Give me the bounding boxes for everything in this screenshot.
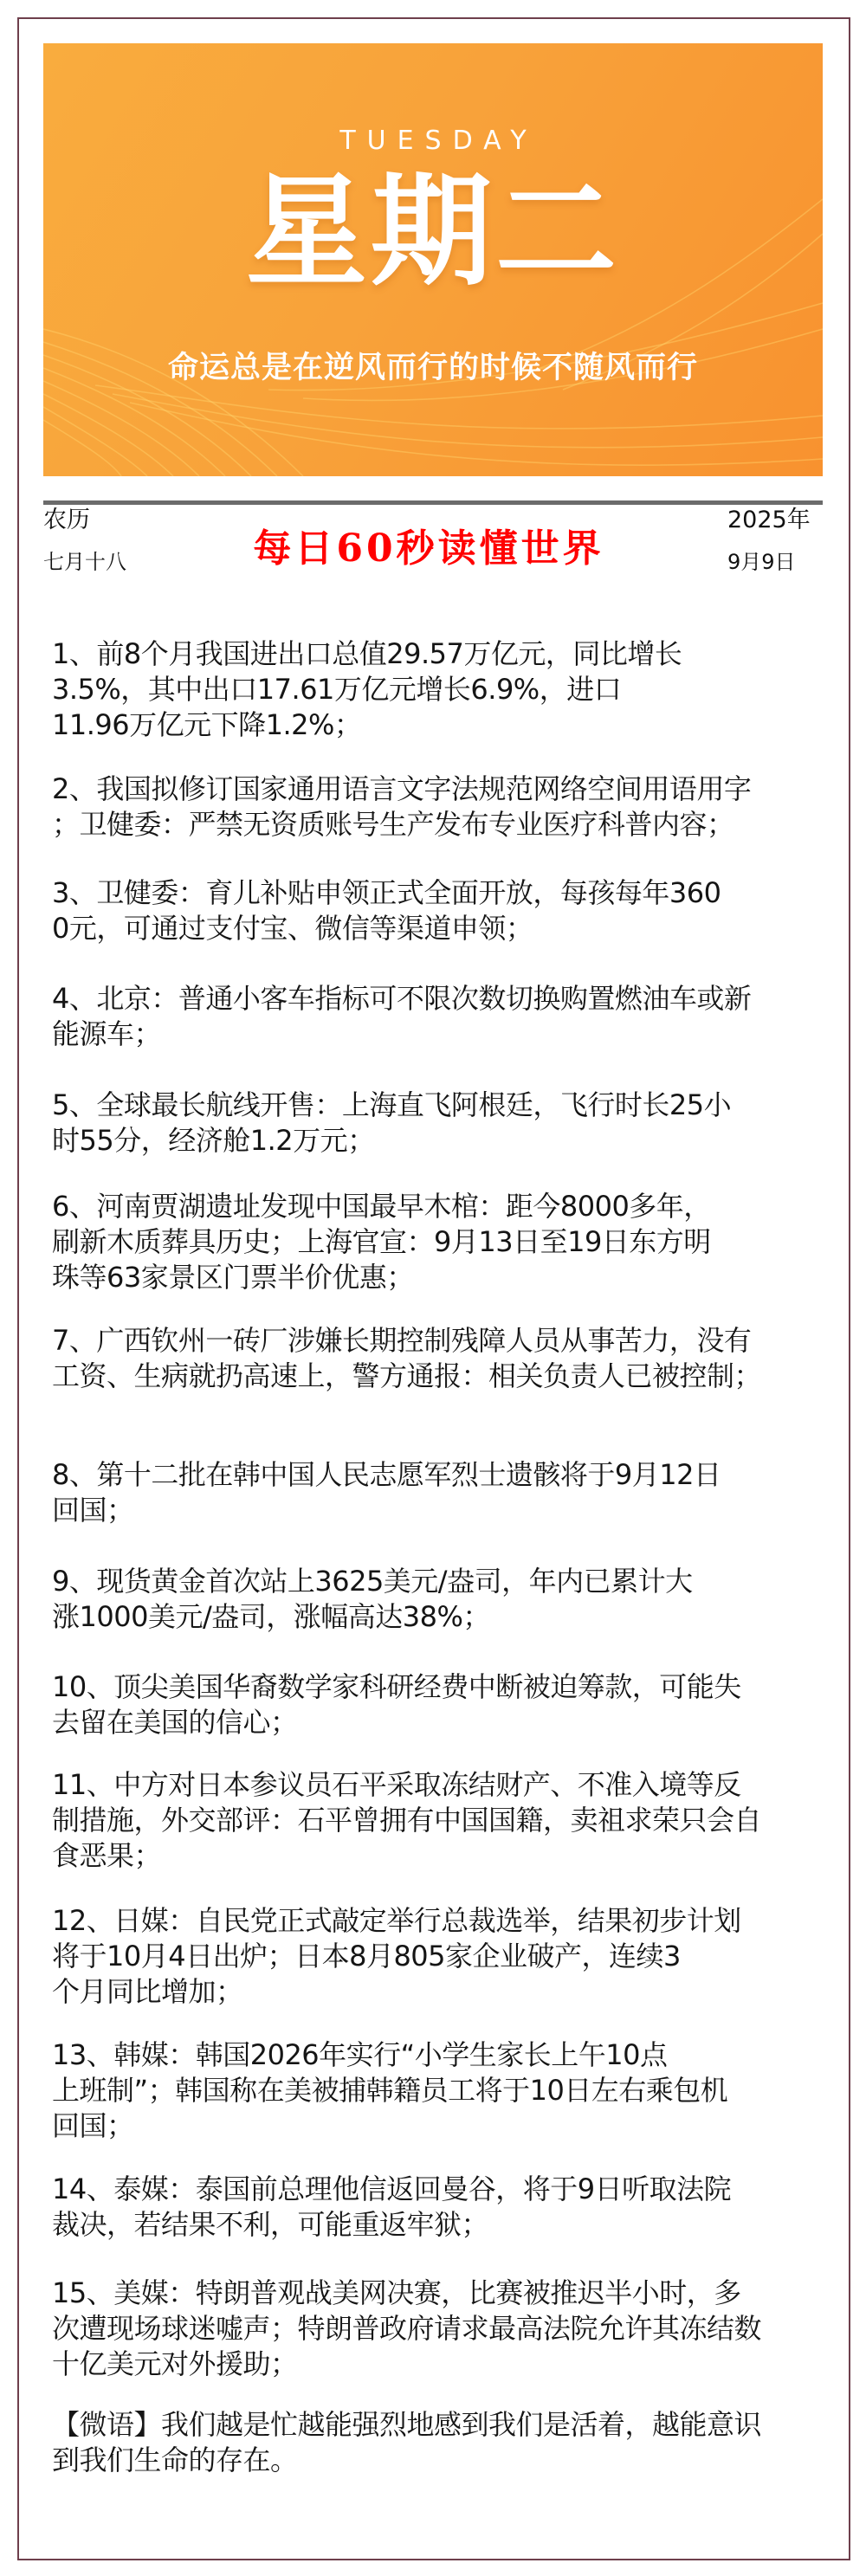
- news-item: 2、我国拟修订国家通用语言文字法规范网络空间用语用字 ；卫健委：严禁无资质账号生…: [52, 772, 836, 843]
- news-line: 工资、生病就扔高速上，警方通报：相关负责人已被控制；: [52, 1359, 836, 1394]
- weekday-banner: TUESDAY 星期二 命运总是在逆风而行的时候不随风而行: [43, 43, 823, 476]
- news-line: 7、广西钦州一砖厂涉嫌长期控制残障人员从事苦力，没有: [52, 1323, 836, 1359]
- news-line: 14、泰媒：泰国前总理他信返回曼谷，将于9日听取法院: [52, 2172, 836, 2207]
- news-item: 1、前8个月我国进出口总值29.57万亿元，同比增长 3.5%，其中出口17.6…: [52, 636, 836, 743]
- quote-line: 到我们生命的存在。: [52, 2443, 836, 2478]
- news-line: 13、韩媒：韩国2026年实行“小学生家长上午10点: [52, 2037, 836, 2073]
- news-line: 十亿美元对外援助；: [52, 2347, 836, 2382]
- news-item: 11、中方对日本参议员石平采取冻结财产、不准入境等反 制措施，外交部评：石平曾拥…: [52, 1767, 836, 1874]
- news-line: 回国；: [52, 1493, 836, 1528]
- news-line: 回国；: [52, 2108, 836, 2144]
- news-item: 10、顶尖美国华裔数学家科研经费中断被迫筹款，可能失 去留在美国的信心；: [52, 1669, 836, 1740]
- news-line: 上班制”；韩国称在美被捕韩籍员工将于10日左右乘包机: [52, 2073, 836, 2108]
- news-line: 12、日媒：自民党正式敲定举行总裁选举，结果初步计划: [52, 1903, 836, 1939]
- news-line: 珠等63家景区门票半价优惠；: [52, 1260, 836, 1295]
- news-line: 11、中方对日本参议员石平采取冻结财产、不准入境等反: [52, 1767, 836, 1803]
- news-line: 4、北京：普通小客车指标可不限次数切换购置燃油车或新: [52, 981, 836, 1017]
- news-line: 裁决，若结果不利，可能重返牢狱；: [52, 2207, 836, 2243]
- news-item: 15、美媒：特朗普观战美网决赛，比赛被推迟半小时，多 次遭现场球迷嘘声；特朗普政…: [52, 2276, 836, 2382]
- news-line: 2、我国拟修订国家通用语言文字法规范网络空间用语用字: [52, 772, 836, 807]
- news-line: 制措施，外交部评：石平曾拥有中国国籍，卖祖求荣只会自: [52, 1803, 836, 1838]
- motto-text: 命运总是在逆风而行的时候不随风而行: [43, 349, 823, 387]
- news-line: ；卫健委：严禁无资质账号生产发布专业医疗科普内容；: [52, 807, 836, 843]
- news-line: 时55分，经济舱1.2万元；: [52, 1123, 836, 1159]
- page-title: 每日60秒读懂世界: [225, 523, 632, 575]
- news-line: 去留在美国的信心；: [52, 1705, 836, 1740]
- news-line: 3、卫健委：育儿补贴申领正式全面开放，每孩每年360: [52, 875, 836, 911]
- news-item: 6、河南贾湖遗址发现中国最早木棺：距今8000多年， 刷新木质葬具历史；上海官宣…: [52, 1189, 836, 1295]
- news-line: 将于10月4日出炉；日本8月805家企业破产，连续3: [52, 1939, 836, 1974]
- news-item: 5、全球最长航线开售：上海直飞阿根廷，飞行时长25小 时55分，经济舱1.2万元…: [52, 1088, 836, 1159]
- news-line: 1、前8个月我国进出口总值29.57万亿元，同比增长: [52, 636, 836, 672]
- news-item: 14、泰媒：泰国前总理他信返回曼谷，将于9日听取法院 裁决，若结果不利，可能重返…: [52, 2172, 836, 2243]
- news-item: 8、第十二批在韩中国人民志愿军烈士遗骸将于9月12日 回国；: [52, 1457, 836, 1528]
- news-line: 涨1000美元/盎司，涨幅高达38%；: [52, 1599, 836, 1635]
- news-line: 11.96万亿元下降1.2%；: [52, 707, 836, 743]
- news-line: 刷新木质葬具历史；上海官宣：9月13日至19日东方明: [52, 1224, 836, 1260]
- news-line: 8、第十二批在韩中国人民志愿军烈士遗骸将于9月12日: [52, 1457, 836, 1493]
- year-label: 2025年: [727, 507, 811, 534]
- news-line: 食恶果；: [52, 1838, 836, 1874]
- news-item: 7、广西钦州一砖厂涉嫌长期控制残障人员从事苦力，没有 工资、生病就扔高速上，警方…: [52, 1323, 836, 1394]
- news-item: 12、日媒：自民党正式敲定举行总裁选举，结果初步计划 将于10月4日出炉；日本8…: [52, 1903, 836, 2010]
- news-line: 能源车；: [52, 1017, 836, 1052]
- news-line: 5、全球最长航线开售：上海直飞阿根廷，飞行时长25小: [52, 1088, 836, 1123]
- news-item: 13、韩媒：韩国2026年实行“小学生家长上午10点 上班制”；韩国称在美被捕韩…: [52, 2037, 836, 2144]
- daily-quote: 【微语】我们越是忙越能强烈地感到我们是活着，越能意识 到我们生命的存在。: [52, 2407, 836, 2478]
- news-item: 9、现货黄金首次站上3625美元/盎司，年内已累计大 涨1000美元/盎司，涨幅…: [52, 1564, 836, 1635]
- weekday-english: TUESDAY: [43, 126, 823, 156]
- news-line: 3.5%，其中出口17.61万亿元增长6.9%，进口: [52, 672, 836, 707]
- news-line: 次遭现场球迷嘘声；特朗普政府请求最高法院允许其冻结数: [52, 2311, 836, 2347]
- news-line: 6、河南贾湖遗址发现中国最早木棺：距今8000多年，: [52, 1189, 836, 1224]
- news-line: 0元，可通过支付宝、微信等渠道申领；: [52, 911, 836, 946]
- lunar-calendar-label: 农历: [43, 507, 90, 534]
- quote-line: 【微语】我们越是忙越能强烈地感到我们是活着，越能意识: [52, 2407, 836, 2443]
- news-item: 4、北京：普通小客车指标可不限次数切换购置燃油车或新 能源车；: [52, 981, 836, 1052]
- lunar-date: 七月十八: [43, 549, 126, 575]
- date-label: 9月9日: [727, 549, 796, 575]
- news-item: 3、卫健委：育儿补贴申领正式全面开放，每孩每年360 0元，可通过支付宝、微信等…: [52, 875, 836, 946]
- header-divider: [43, 500, 823, 505]
- news-line: 10、顶尖美国华裔数学家科研经费中断被迫筹款，可能失: [52, 1669, 836, 1705]
- news-line: 个月同比增加；: [52, 1974, 836, 2010]
- weekday-chinese: 星期二: [43, 163, 823, 301]
- news-line: 9、现货黄金首次站上3625美元/盎司，年内已累计大: [52, 1564, 836, 1599]
- news-line: 15、美媒：特朗普观战美网决赛，比赛被推迟半小时，多: [52, 2276, 836, 2311]
